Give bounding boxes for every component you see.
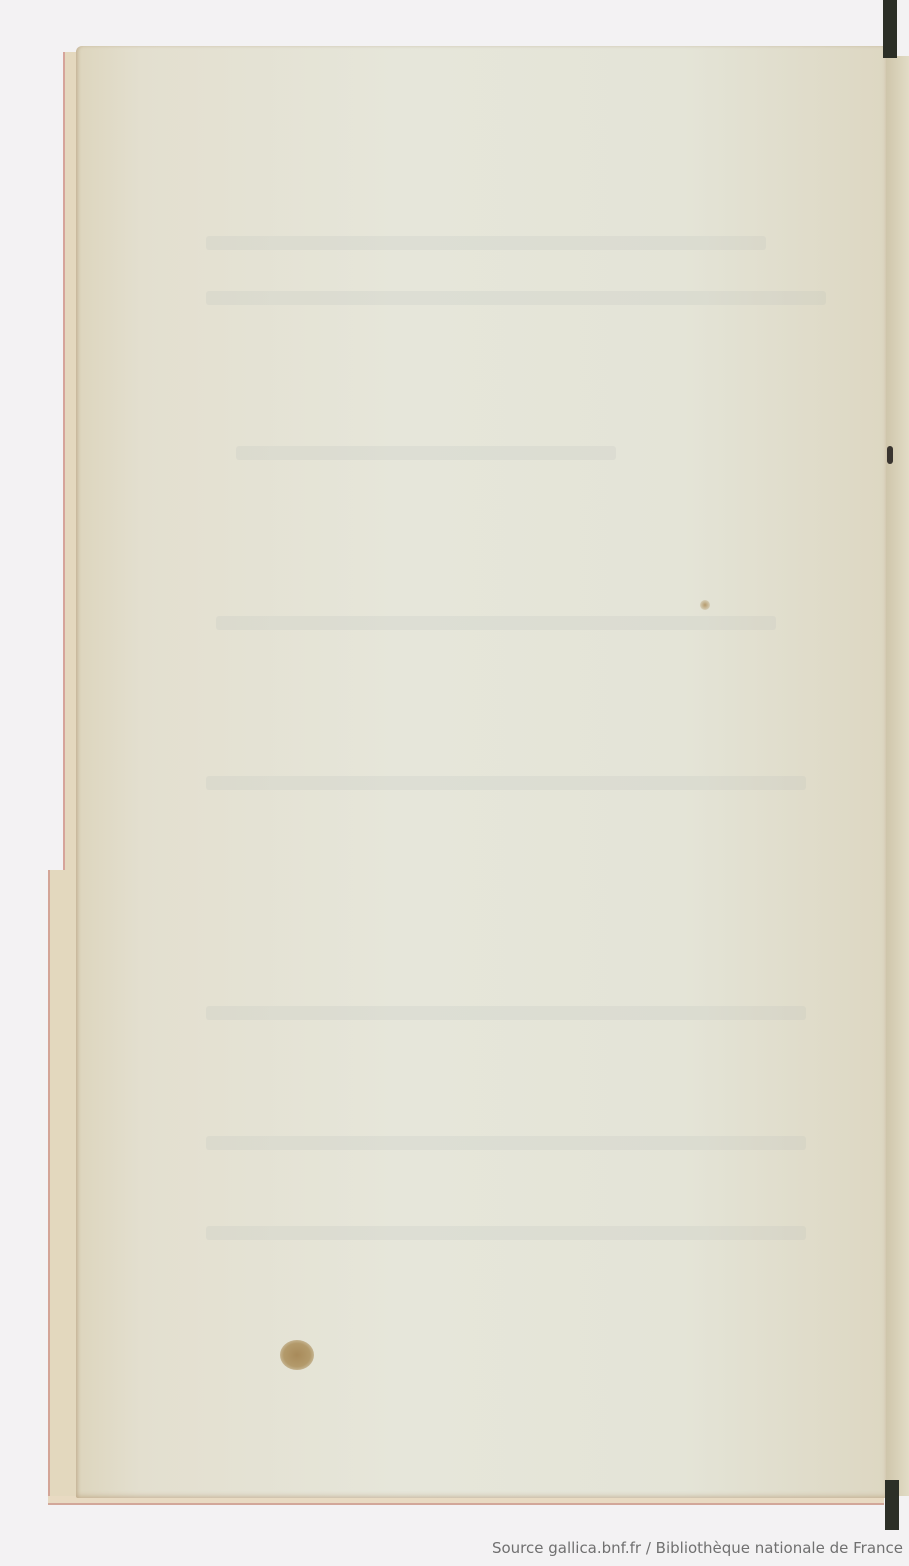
paper-spot [700, 600, 710, 610]
bleed-through-line [206, 291, 826, 305]
bleed-through-line [206, 1226, 806, 1240]
facing-page-edge [886, 56, 909, 1496]
binding-strip-top [883, 0, 897, 58]
bleed-through-line [216, 616, 776, 630]
bleed-through-line [206, 236, 766, 250]
bleed-through-line [206, 1006, 806, 1020]
bleed-through-line [206, 776, 806, 790]
bleed-through-line [206, 1136, 806, 1150]
left-page-edge [48, 870, 76, 1500]
bleed-through-line [236, 446, 616, 460]
binding-strip-bottom [885, 1480, 899, 1530]
scanned-page [76, 46, 886, 1498]
source-caption: Source gallica.bnf.fr / Bibliothèque nat… [492, 1539, 903, 1557]
paper-stain [280, 1340, 314, 1370]
spine-mark [887, 446, 893, 464]
